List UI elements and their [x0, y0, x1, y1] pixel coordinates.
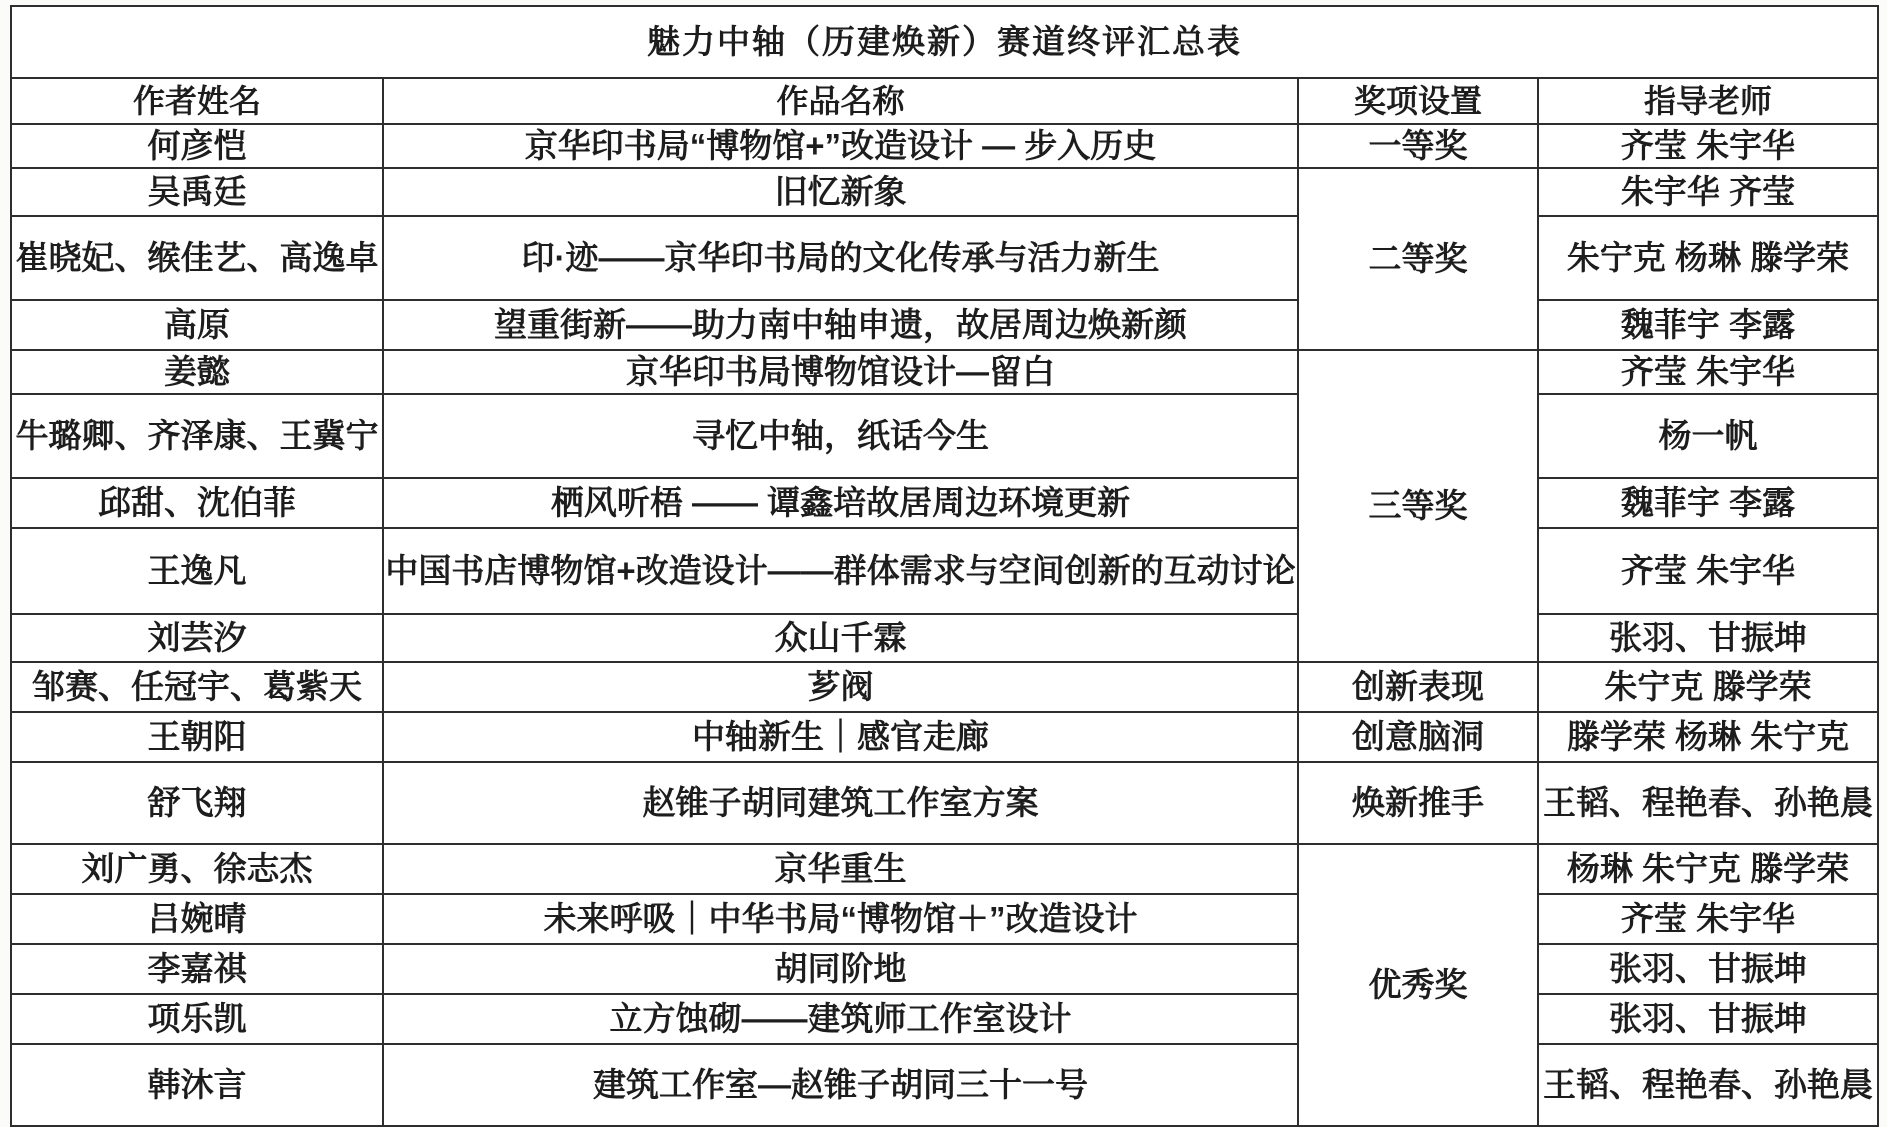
author-cell: 舒飞翔	[11, 762, 383, 844]
award-summary-table: 魅力中轴（历建焕新）赛道终评汇总表 作者姓名 作品名称 奖项设置 指导老师 何彦…	[10, 5, 1879, 1127]
summary-sheet: 魅力中轴（历建焕新）赛道终评汇总表 作者姓名 作品名称 奖项设置 指导老师 何彦…	[10, 5, 1877, 1127]
work-cell: 芗阀	[383, 662, 1298, 712]
col-header-teacher: 指导老师	[1538, 78, 1878, 124]
author-cell: 邱甜、沈伯菲	[11, 478, 383, 528]
teacher-cell: 王韬、程艳春、孙艳晨	[1538, 1044, 1878, 1126]
work-cell: 未来呼吸｜中华书局“博物馆＋”改造设计	[383, 894, 1298, 944]
table-row: 崔晓妃、缑佳艺、高逸卓 印·迹——京华印书局的文化传承与活力新生 朱宁克 杨琳 …	[11, 216, 1878, 300]
award-cell: 创新表现	[1298, 662, 1538, 712]
teacher-cell: 齐莹 朱宇华	[1538, 894, 1878, 944]
table-row: 王朝阳 中轴新生｜感官走廊 创意脑洞 滕学荣 杨琳 朱宁克	[11, 712, 1878, 762]
teacher-cell: 朱宇华 齐莹	[1538, 168, 1878, 216]
work-cell: 胡同阶地	[383, 944, 1298, 994]
author-cell: 何彦恺	[11, 124, 383, 168]
teacher-cell: 张羽、甘振坤	[1538, 944, 1878, 994]
author-cell: 项乐凯	[11, 994, 383, 1044]
table-row: 项乐凯 立方蚀砌——建筑师工作室设计 张羽、甘振坤	[11, 994, 1878, 1044]
table-row: 牛璐卿、齐泽康、王冀宁 寻忆中轴，纸话今生 杨一帆	[11, 394, 1878, 478]
work-cell: 京华重生	[383, 844, 1298, 894]
teacher-cell: 张羽、甘振坤	[1538, 614, 1878, 662]
table-row: 韩沐言 建筑工作室—赵锥子胡同三十一号 王韬、程艳春、孙艳晨	[11, 1044, 1878, 1126]
table-row: 王逸凡 中国书店博物馆+改造设计——群体需求与空间创新的互动讨论 齐莹 朱宇华	[11, 528, 1878, 614]
work-cell: 中国书店博物馆+改造设计——群体需求与空间创新的互动讨论	[383, 528, 1298, 614]
author-cell: 吕婉晴	[11, 894, 383, 944]
award-cell: 二等奖	[1298, 168, 1538, 350]
col-header-work: 作品名称	[383, 78, 1298, 124]
table-row: 邹赛、任冠宇、葛紫天 芗阀 创新表现 朱宁克 滕学荣	[11, 662, 1878, 712]
col-header-award: 奖项设置	[1298, 78, 1538, 124]
teacher-cell: 滕学荣 杨琳 朱宁克	[1538, 712, 1878, 762]
work-cell: 中轴新生｜感官走廊	[383, 712, 1298, 762]
work-cell: 寻忆中轴，纸话今生	[383, 394, 1298, 478]
work-cell: 栖风听梧 —— 谭鑫培故居周边环境更新	[383, 478, 1298, 528]
work-cell: 众山千霖	[383, 614, 1298, 662]
teacher-cell: 齐莹 朱宇华	[1538, 124, 1878, 168]
table-title: 魅力中轴（历建焕新）赛道终评汇总表	[11, 6, 1878, 78]
work-cell: 京华印书局博物馆设计—留白	[383, 350, 1298, 394]
table-row: 李嘉祺 胡同阶地 张羽、甘振坤	[11, 944, 1878, 994]
col-header-author: 作者姓名	[11, 78, 383, 124]
author-cell: 刘芸汐	[11, 614, 383, 662]
teacher-cell: 杨一帆	[1538, 394, 1878, 478]
table-row: 姜懿 京华印书局博物馆设计—留白 三等奖 齐莹 朱宇华	[11, 350, 1878, 394]
author-cell: 崔晓妃、缑佳艺、高逸卓	[11, 216, 383, 300]
table-row: 高原 望重街新——助力南中轴申遗，故居周边焕新颜 魏菲宇 李露	[11, 300, 1878, 350]
teacher-cell: 朱宁克 杨琳 滕学荣	[1538, 216, 1878, 300]
author-cell: 韩沐言	[11, 1044, 383, 1126]
teacher-cell: 齐莹 朱宇华	[1538, 528, 1878, 614]
award-cell: 创意脑洞	[1298, 712, 1538, 762]
author-cell: 王逸凡	[11, 528, 383, 614]
teacher-cell: 魏菲宇 李露	[1538, 300, 1878, 350]
author-cell: 邹赛、任冠宇、葛紫天	[11, 662, 383, 712]
author-cell: 吴禹廷	[11, 168, 383, 216]
award-cell: 优秀奖	[1298, 844, 1538, 1126]
work-cell: 京华印书局“博物馆+”改造设计 — 步入历史	[383, 124, 1298, 168]
table-row: 邱甜、沈伯菲 栖风听梧 —— 谭鑫培故居周边环境更新 魏菲宇 李露	[11, 478, 1878, 528]
award-cell: 一等奖	[1298, 124, 1538, 168]
teacher-cell: 杨琳 朱宁克 滕学荣	[1538, 844, 1878, 894]
teacher-cell: 魏菲宇 李露	[1538, 478, 1878, 528]
teacher-cell: 朱宁克 滕学荣	[1538, 662, 1878, 712]
work-cell: 望重街新——助力南中轴申遗，故居周边焕新颜	[383, 300, 1298, 350]
author-cell: 高原	[11, 300, 383, 350]
work-cell: 建筑工作室—赵锥子胡同三十一号	[383, 1044, 1298, 1126]
award-cell: 焕新推手	[1298, 762, 1538, 844]
author-cell: 牛璐卿、齐泽康、王冀宁	[11, 394, 383, 478]
table-row: 何彦恺 京华印书局“博物馆+”改造设计 — 步入历史 一等奖 齐莹 朱宇华	[11, 124, 1878, 168]
table-row: 刘芸汐 众山千霖 张羽、甘振坤	[11, 614, 1878, 662]
header-row: 作者姓名 作品名称 奖项设置 指导老师	[11, 78, 1878, 124]
author-cell: 李嘉祺	[11, 944, 383, 994]
teacher-cell: 张羽、甘振坤	[1538, 994, 1878, 1044]
award-cell: 三等奖	[1298, 350, 1538, 662]
work-cell: 印·迹——京华印书局的文化传承与活力新生	[383, 216, 1298, 300]
author-cell: 刘广勇、徐志杰	[11, 844, 383, 894]
teacher-cell: 王韬、程艳春、孙艳晨	[1538, 762, 1878, 844]
teacher-cell: 齐莹 朱宇华	[1538, 350, 1878, 394]
table-row: 刘广勇、徐志杰 京华重生 优秀奖 杨琳 朱宁克 滕学荣	[11, 844, 1878, 894]
work-cell: 立方蚀砌——建筑师工作室设计	[383, 994, 1298, 1044]
table-row: 舒飞翔 赵锥子胡同建筑工作室方案 焕新推手 王韬、程艳春、孙艳晨	[11, 762, 1878, 844]
table-row: 吕婉晴 未来呼吸｜中华书局“博物馆＋”改造设计 齐莹 朱宇华	[11, 894, 1878, 944]
title-row: 魅力中轴（历建焕新）赛道终评汇总表	[11, 6, 1878, 78]
table-row: 吴禹廷 旧忆新象 二等奖 朱宇华 齐莹	[11, 168, 1878, 216]
work-cell: 旧忆新象	[383, 168, 1298, 216]
author-cell: 王朝阳	[11, 712, 383, 762]
work-cell: 赵锥子胡同建筑工作室方案	[383, 762, 1298, 844]
author-cell: 姜懿	[11, 350, 383, 394]
